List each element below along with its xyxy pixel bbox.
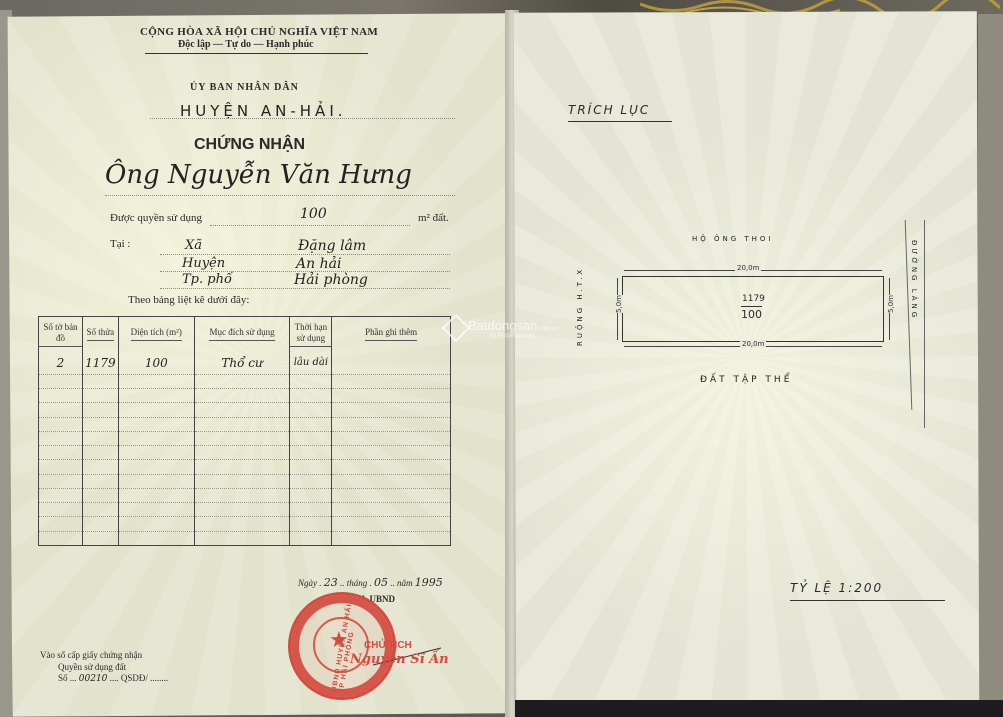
empty-row [39, 517, 451, 531]
land-parcel-table: Số tờ bản đồ Số thửa Diện tích (m²) Mục … [38, 316, 451, 546]
registration-number: 00210 [79, 674, 108, 684]
watermark: Batdongsan.com.vn by PropertyGuru [468, 318, 558, 339]
district-label: Huyện [182, 256, 225, 271]
parcel-number: 1179 [742, 294, 765, 304]
extract-title-underline [568, 121, 672, 122]
scale-underline [790, 600, 945, 601]
committee-label: ỦY BAN NHÂN DÂN [190, 82, 299, 93]
usage-label: Được quyền sử dụng [110, 212, 202, 224]
col-map-sheet: Số tờ bản đồ [39, 317, 83, 352]
dotted-line [150, 118, 455, 119]
map-scale: TỶ LỆ 1:200 [790, 581, 883, 595]
table-row: 2 1179 100 Thổ cư lâu dài [39, 352, 451, 375]
city-label: Tp. phố [182, 272, 232, 287]
table-shadow [515, 700, 1003, 717]
usage-area-value: 100 [300, 206, 327, 222]
dotted-line [105, 195, 455, 196]
dotted-line [160, 254, 450, 255]
empty-row [39, 488, 451, 502]
cell-parcel-no: 1179 [82, 352, 118, 375]
city-value: Hải phòng [294, 272, 368, 288]
empty-row [39, 389, 451, 403]
certificate-title: CHỨNG NHẬN [194, 136, 305, 154]
dotted-line [210, 225, 410, 226]
cell-notes [332, 352, 451, 375]
col-duration: Thời hạn sử dụng [290, 317, 332, 352]
left-width-label: 5,0m [615, 295, 623, 313]
registration-line-1: Vào sổ cấp giấy chứng nhận [40, 650, 142, 660]
right-width-label: 5,0m [887, 295, 895, 313]
usage-unit: m² đất. [418, 212, 449, 224]
district-value: An hải [296, 256, 341, 272]
national-motto: Độc lập — Tự do — Hạnh phúc [178, 39, 314, 50]
bottom-length-label: 20,0m [740, 340, 766, 348]
empty-row [39, 431, 451, 445]
table-header-row: Số tờ bản đồ Số thửa Diện tích (m²) Mục … [39, 317, 451, 352]
dotted-line [160, 271, 450, 272]
commune-value: Đặng lâm [298, 238, 366, 254]
cell-area: 100 [118, 352, 194, 375]
republic-heading: CỘNG HÒA XÃ HỘI CHỦ NGHĨA VIỆT NAM [140, 26, 378, 38]
north-boundary-label: HỘ ÔNG THOI [692, 235, 774, 243]
empty-row [39, 460, 451, 474]
location-label: Tại : [110, 238, 130, 250]
empty-row [39, 417, 451, 431]
dotted-line [160, 288, 450, 289]
extract-title: TRÍCH LỤC [568, 103, 650, 117]
east-boundary-label: ĐƯỜNG LÀNG [910, 240, 918, 320]
west-boundary-label: RUỘNG H.T.X [576, 267, 584, 346]
empty-row [39, 375, 451, 389]
header-underline [145, 53, 368, 54]
cell-purpose: Thổ cư [194, 352, 290, 375]
col-purpose: Mục đích sử dụng [194, 317, 290, 352]
parcel-area: 100 [741, 306, 762, 321]
top-length-label: 20,0m [735, 264, 761, 272]
empty-row [39, 503, 451, 517]
empty-row [39, 403, 451, 417]
registration-number-line: Số ... 00210 .... QSDĐ/ ........ [58, 673, 168, 684]
empty-row [39, 531, 451, 545]
col-area: Diện tích (m²) [118, 317, 194, 352]
empty-row [39, 446, 451, 460]
cell-duration: lâu dài [290, 352, 332, 375]
plastic-sleeve-edge-right [978, 14, 1003, 704]
owner-name: Ông Nguyễn Văn Hưng [105, 160, 412, 190]
col-notes: Phần ghi thêm [332, 317, 451, 352]
cell-map-sheet: 2 [39, 352, 83, 375]
registration-line-2: Quyền sử dụng đất [58, 662, 126, 672]
village-road-edge [924, 220, 925, 428]
issue-date: Ngày . 23 .. tháng . 05 .. năm 1995 [298, 576, 443, 589]
empty-row [39, 474, 451, 488]
commune-label: Xã [185, 238, 202, 253]
stamp-name: Nguyễn Sĩ Ấn [350, 652, 449, 667]
stamp-title: CHỦ TỊCH [364, 640, 412, 651]
south-boundary-label: ĐẤT TẬP THỂ [700, 375, 792, 385]
col-parcel-no: Số thửa [82, 317, 118, 352]
list-intro: Theo bảng liệt kê dưới đây: [128, 294, 249, 306]
